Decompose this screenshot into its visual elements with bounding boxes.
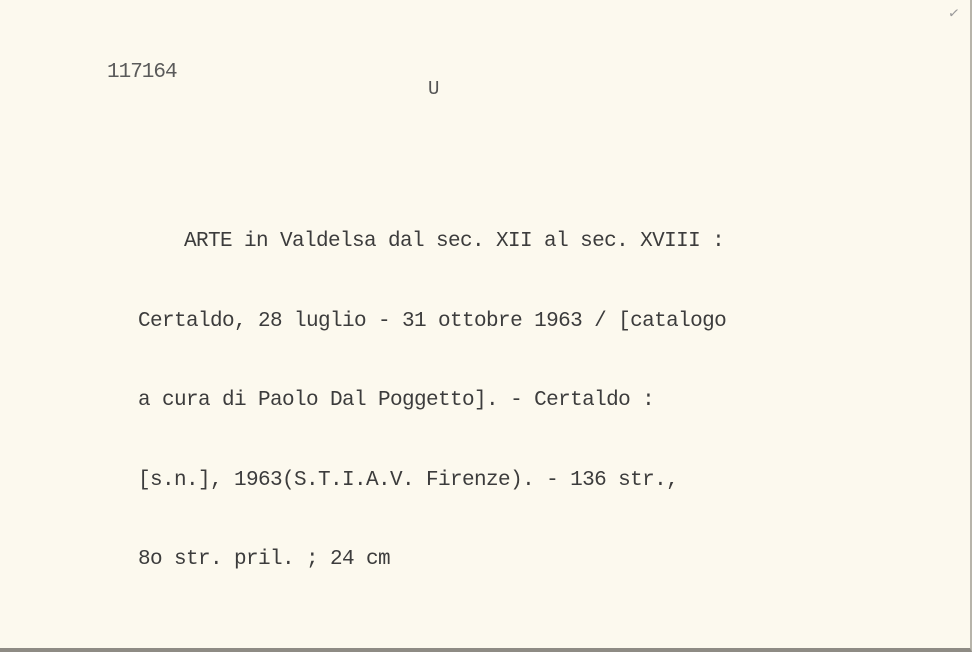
entry-line: Certaldo, 28 luglio - 31 ottobre 1963 / …	[138, 309, 726, 336]
bibliographic-entry: ARTE in Valdelsa dal sec. XII al sec. XV…	[138, 176, 726, 627]
entry-line: a cura di Paolo Dal Poggetto]. - Certald…	[138, 388, 726, 415]
entry-line: [s.n.], 1963(S.T.I.A.V. Firenze). - 136 …	[138, 468, 726, 495]
check-mark-icon: ✓	[948, 2, 960, 23]
shelf-mark: U	[428, 78, 439, 100]
catalog-card: 117164 U ✓ ARTE in Valdelsa dal sec. XII…	[0, 0, 972, 652]
entry-line-physical-description: 8o str. pril. ; 24 cm	[138, 547, 726, 574]
entry-line-title: ARTE in Valdelsa dal sec. XII al sec. XV…	[138, 229, 726, 256]
card-id-number: 117164	[107, 61, 177, 84]
